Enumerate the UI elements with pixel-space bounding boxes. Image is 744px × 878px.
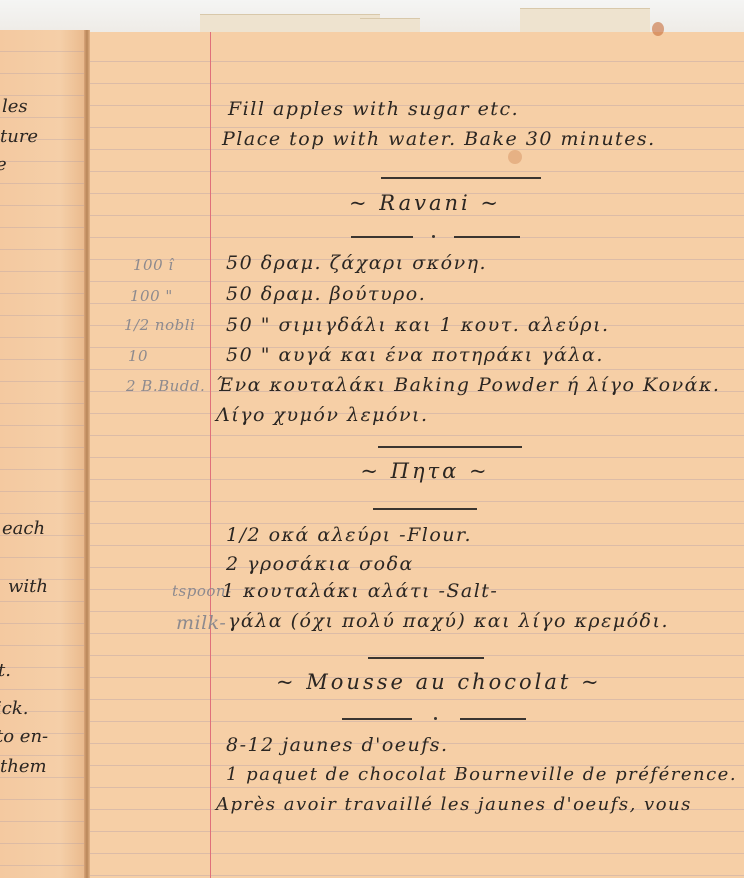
stain (508, 150, 522, 164)
margin-note: 10 (128, 347, 148, 365)
ingredient-line: 1 κουταλάκι αλάτι -Salt- (222, 580, 498, 602)
margin-note: 100 " (130, 287, 173, 305)
recipe-title: ~ Πητα ~ (330, 459, 520, 483)
left-fragment: to en- (0, 726, 48, 747)
ingredient-line: 8-12 jaunes d'oeufs. (226, 734, 449, 756)
ingredient-line: Après avoir travaillé les jaunes d'oeufs… (216, 794, 692, 815)
ingredient-line: 1/2 οκά αλεύρι -Flour. (226, 524, 472, 546)
ingredient-line: 50 " αυγά και ένα ποτηράκι γάλα. (226, 344, 604, 366)
ingredient-line: γάλα (όχι πολύ παχύ) και λίγο κρεμόδι. (228, 610, 669, 632)
left-fragment: them (0, 756, 47, 777)
ingredient-line: 50 " σιμιγδάλι και 1 κουτ. αλεύρι. (226, 314, 610, 336)
left-fragment: with (8, 576, 48, 597)
left-fragment: ick. (0, 698, 28, 719)
left-page: les ture e each with t. ick. to en- them (0, 30, 86, 878)
ingredient-line: 2 γροσάκια σοδα (226, 553, 414, 575)
ingredient-line: Ένα κουταλάκι Baking Powder ή λίγο Κονάκ… (216, 374, 720, 396)
ingredient-line: Λίγο χυμόν λεμόνι. (216, 404, 429, 426)
ingredient-line: 50 δραμ. βούτυρο. (226, 283, 426, 305)
divider (460, 718, 526, 720)
left-fragment: ture (0, 126, 38, 147)
divider (351, 236, 413, 238)
divider (378, 446, 522, 448)
divider (381, 177, 541, 179)
divider-dot (434, 717, 437, 720)
recipe-title: ~ Mousse au chocolat ~ (276, 670, 586, 694)
intro-line: Place top with water. Bake 30 minutes. (222, 128, 656, 150)
margin-note: milk- (176, 612, 226, 634)
margin-note: 1/2 nobli (124, 316, 195, 334)
left-fragment: each (2, 518, 45, 539)
divider (342, 718, 412, 720)
ingredient-line: 1 paquet de chocolat Bourneville de préf… (226, 764, 737, 785)
left-fragment: les (2, 96, 28, 117)
divider (373, 508, 477, 510)
margin-line (210, 32, 211, 878)
recipe-title: ~ Ravani ~ (330, 191, 520, 215)
margin-note: 2 B.Budd. (126, 377, 205, 395)
ingredient-line: 50 δραμ. ζάχαρι σκόνη. (226, 252, 487, 274)
divider (368, 657, 484, 659)
left-fragment: e (0, 154, 7, 175)
margin-note: 100 î (133, 256, 174, 274)
divider-dot (432, 235, 435, 238)
left-fragment: t. (0, 660, 11, 681)
intro-line: Fill apples with sugar etc. (228, 98, 519, 120)
stain (652, 22, 664, 36)
divider (454, 236, 520, 238)
